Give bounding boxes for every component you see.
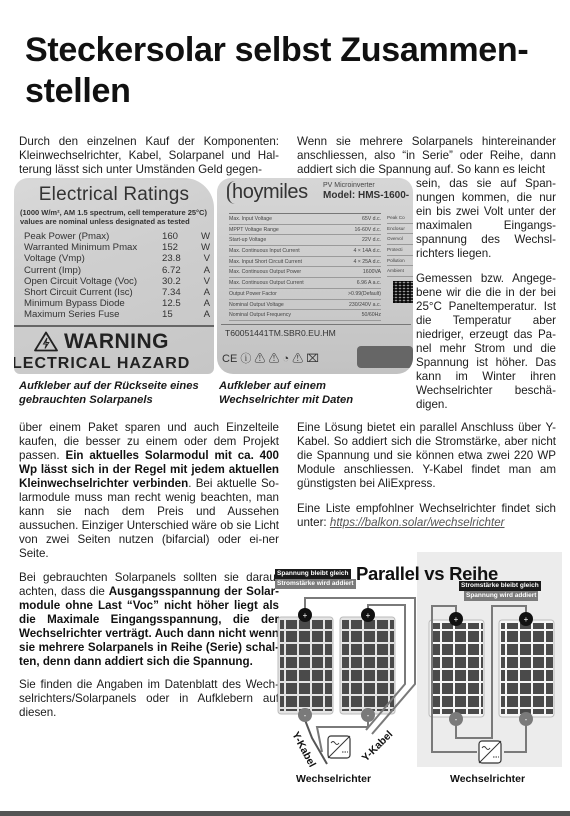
page-title: Steckersolar selbst Zusammen- stellen (25, 30, 555, 112)
table-row: Nominal Output Frequency50/60Hz (229, 310, 381, 321)
minus-terminal-icon: - (519, 712, 533, 726)
product-type: PV Microinverter (323, 182, 375, 189)
inverter-icon (328, 736, 350, 758)
svg-text:+: + (366, 611, 371, 620)
body-left-paragraph-2: Bei gebrauchten Solarpanels sollten sie … (19, 571, 279, 669)
svg-text:-: - (525, 715, 528, 724)
intro-right-paragraph: Wenn sie mehrere Solarpanels hintereinan… (297, 135, 556, 177)
table-row: Peak Power (Pmax)160W (24, 231, 210, 242)
table-row: Start-up Voltage22V d.c. (229, 235, 381, 246)
body-left-paragraph-3: Sie finden die Angaben im Datenblatt des… (19, 678, 279, 720)
parallel-voltage-tag: Spannung bleibt gleich (275, 569, 351, 579)
serial-number: T60051441TM.SBR0.EU.HM (225, 328, 336, 338)
table-row: Short Circuit Current (Isc)7.34A (24, 287, 210, 298)
y-cable-label-right: Y-Kabel (360, 728, 396, 764)
body-right-paragraph-1: Eine Lösung bietet ein parallel Anschlus… (297, 421, 556, 491)
plus-terminal-icon: + (519, 612, 533, 626)
ratings-table: Peak Power (Pmax)160W Warranted Minimum … (24, 231, 210, 321)
table-row: Maximum Series Fuse15A (24, 309, 210, 320)
caption-panel-label: Aufkleber auf der Rückseite eines gebrau… (19, 380, 209, 407)
table-row: Voltage (Vmp)23.8V (24, 253, 210, 264)
inverter-label-parallel: Wechselrichter (296, 773, 371, 785)
solar-panel-label-photo: Electrical Ratings (1000 W/m², AM 1.5 sp… (14, 178, 214, 374)
electrical-ratings-heading: Electrical Ratings (14, 184, 214, 206)
svg-text:+: + (303, 611, 308, 620)
table-row: Open Circuit Voltage (Voc)30.2V (24, 276, 210, 287)
certification-icons: CE ⓘ ⚠ ⚠ ◔ ⚠ ⌧ (222, 350, 319, 366)
redacted-block (357, 346, 413, 368)
warning-banner: WARNING (34, 330, 214, 354)
solar-panel-icon (278, 617, 333, 714)
solar-panel-icon (499, 620, 554, 717)
table-row: Max. Continuous Input Current4 × 14A d.c… (229, 246, 381, 257)
inverter-label-photo: hoymiles PV Microinverter Model: HMS-160… (217, 178, 413, 374)
hazard-triangle-icon (34, 331, 58, 352)
series-voltage-tag: Spannung wird addiert (464, 591, 538, 601)
svg-text:-: - (455, 715, 458, 724)
table-row: Minimum Bypass Diode12.5A (24, 298, 210, 309)
title-line-2: stellen (25, 72, 131, 110)
parallel-vs-series-diagram: + + + + - - - - Y-Kabel Y-Kabel Parallel… (272, 552, 562, 792)
solar-panel-icon (429, 620, 484, 717)
svg-text:-: - (304, 711, 307, 720)
plus-terminal-icon: + (449, 612, 463, 626)
plus-terminal-icon: + (298, 608, 312, 622)
ratings-conditions: (1000 W/m², AM 1.5 spectrum, cell temper… (14, 208, 214, 226)
intro-left-paragraph: Durch den einzelnen Kauf der Komponenten… (19, 135, 279, 177)
side-paragraph-2: Gemessen bzw. Angege-bene wir die die in… (416, 272, 556, 412)
y-cable-label-left: Y-Kabel (289, 730, 318, 767)
body-left-paragraph-1: über einem Paket sparen und auch Einzelt… (19, 421, 279, 561)
solar-panel-icon (340, 617, 395, 714)
caption-inverter-label: Aufkleber auf einem Wechselrichter mit D… (219, 380, 409, 407)
table-row: Max. Input Voltage65V d.c. (229, 214, 381, 225)
table-row: Warranted Minimum Pmax152W (24, 242, 210, 253)
series-current-tag: Stromstärke bleibt gleich (459, 581, 541, 591)
parallel-current-tag: Stromstärke wird addiert (275, 579, 356, 589)
page-bottom-border (0, 811, 570, 816)
hazard-text: LECTRICAL HAZARD (14, 355, 214, 373)
svg-text:+: + (454, 615, 459, 624)
minus-terminal-icon: - (361, 708, 375, 722)
svg-text:-: - (367, 711, 370, 720)
body-right-paragraph-2: Eine Liste empfohlner Wechselrichter fin… (297, 502, 556, 530)
inverter-icon (479, 741, 501, 763)
table-row: Current (Imp)6.72A (24, 265, 210, 276)
minus-terminal-icon: - (449, 712, 463, 726)
warning-text: WARNING (64, 330, 169, 354)
model-number: Model: HMS-1600- (323, 190, 409, 201)
inverter-side-table: Peak Co Enclosur Overvol Protecti Pollut… (387, 213, 413, 277)
plus-terminal-icon: + (361, 608, 375, 622)
qr-code-icon (393, 281, 413, 303)
table-row: Max. Continuous Output Current6.96 A a.c… (229, 278, 381, 289)
table-row: Output Power Factor>0.99(Default) (229, 289, 381, 300)
table-row: Max. Input Short Circuit Current4 × 25A … (229, 257, 381, 268)
wechselrichter-link[interactable]: https://balkon.solar/wechselrichter (330, 516, 505, 529)
side-paragraph-1: sein, das sie auf Span-nungen kommen, di… (416, 177, 556, 261)
label-divider (221, 324, 411, 325)
table-row: MPPT Voltage Range16-60V d.c. (229, 225, 381, 236)
inverter-label-series: Wechselrichter (450, 773, 525, 785)
table-row: Max. Continuous Output Power1600VA (229, 267, 381, 278)
title-line-1: Steckersolar selbst Zusammen- (25, 31, 528, 69)
table-row: Nominal Output Voltage230/240V a.c. (229, 300, 381, 311)
label-divider (14, 325, 214, 327)
inverter-spec-table: Max. Input Voltage65V d.c. MPPT Voltage … (229, 213, 381, 321)
minus-terminal-icon: - (298, 708, 312, 722)
svg-text:+: + (524, 615, 529, 624)
hoymiles-logo: hoymiles (227, 181, 308, 204)
